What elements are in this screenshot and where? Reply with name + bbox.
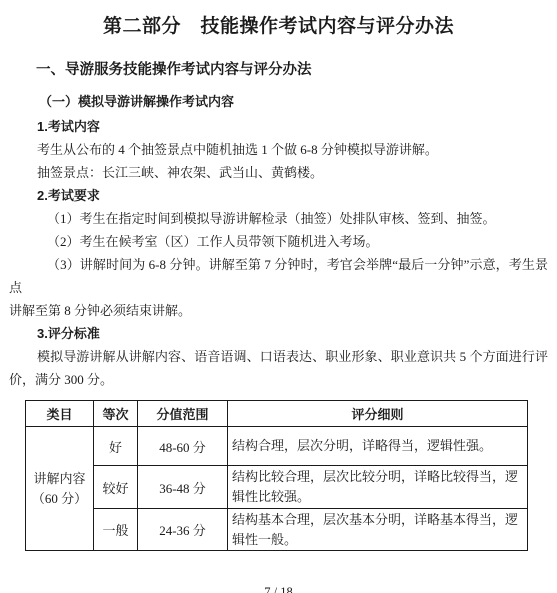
criteria-cell: 结构合理，层次分明，详略得当，逻辑性强。 bbox=[228, 427, 528, 466]
score-range-cell: 48-60 分 bbox=[138, 427, 228, 466]
table-row: 一般24-36 分结构基本合理，层次基本分明，详略基本得当，逻辑性一般。 bbox=[26, 509, 528, 551]
subsection-heading: （一）模拟导游讲解操作考试内容 bbox=[39, 92, 557, 112]
section-heading: 一、导游服务技能操作考试内容与评分办法 bbox=[36, 60, 557, 80]
body-text: 1.考试内容 考生从公布的 4 个抽签景点中随机抽选 1 个做 6-8 分钟模拟… bbox=[9, 115, 548, 391]
grade-cell: 好 bbox=[94, 427, 138, 466]
requirement-item-3-line2: 讲解至第 8 分钟必须结束讲解。 bbox=[9, 299, 548, 322]
score-range-cell: 36-48 分 bbox=[138, 466, 228, 509]
scoring-standard-heading: 3.评分标准 bbox=[9, 322, 548, 345]
table-row: 较好36-48 分结构比较合理，层次比较分明，详略比较得当，逻辑性比较强。 bbox=[26, 466, 528, 509]
exam-content-paragraph: 考生从公布的 4 个抽签景点中随机抽选 1 个做 6-8 分钟模拟导游讲解。 bbox=[9, 138, 548, 161]
scoring-table: 类目 等次 分值范围 评分细则 讲解内容（60 分）好48-60 分结构合理，层… bbox=[25, 400, 528, 551]
category-cell: 讲解内容（60 分） bbox=[26, 427, 94, 551]
table-row: 讲解内容（60 分）好48-60 分结构合理，层次分明，详略得当，逻辑性强。 bbox=[26, 427, 528, 466]
header-score-range: 分值范围 bbox=[138, 401, 228, 427]
requirement-item-2: （2）考生在候考室（区）工作人员带领下随机进入考场。 bbox=[9, 230, 548, 253]
criteria-cell: 结构基本合理，层次基本分明，详略基本得当，逻辑性一般。 bbox=[228, 509, 528, 551]
score-range-cell: 24-36 分 bbox=[138, 509, 228, 551]
exam-requirements-heading: 2.考试要求 bbox=[9, 184, 548, 207]
lottery-spots-paragraph: 抽签景点：长江三峡、神农架、武当山、黄鹤楼。 bbox=[9, 161, 548, 184]
table-header-row: 类目 等次 分值范围 评分细则 bbox=[26, 401, 528, 427]
header-grade: 等次 bbox=[94, 401, 138, 427]
requirement-item-3-line1: （3）讲解时间为 6-8 分钟。讲解至第 7 分钟时，考官会举牌“最后一分钟”示… bbox=[9, 253, 548, 299]
grade-cell: 较好 bbox=[94, 466, 138, 509]
scoring-standard-line2: 价，满分 300 分。 bbox=[9, 368, 548, 391]
page-number: 7 / 18 bbox=[0, 584, 557, 593]
scoring-standard-line1: 模拟导游讲解从讲解内容、语音语调、口语表达、职业形象、职业意识共 5 个方面进行… bbox=[9, 345, 548, 368]
document-page: 第二部分 技能操作考试内容与评分办法 一、导游服务技能操作考试内容与评分办法 （… bbox=[0, 0, 557, 593]
grade-cell: 一般 bbox=[94, 509, 138, 551]
page-title: 第二部分 技能操作考试内容与评分办法 bbox=[0, 14, 557, 40]
criteria-cell: 结构比较合理，层次比较分明，详略比较得当，逻辑性比较强。 bbox=[228, 466, 528, 509]
exam-content-heading: 1.考试内容 bbox=[9, 115, 548, 138]
score-table-body: 讲解内容（60 分）好48-60 分结构合理，层次分明，详略得当，逻辑性强。较好… bbox=[26, 427, 528, 551]
requirement-item-1: （1）考生在指定时间到模拟导游讲解检录（抽签）处排队审核、签到、抽签。 bbox=[9, 207, 548, 230]
header-category: 类目 bbox=[26, 401, 94, 427]
header-criteria: 评分细则 bbox=[228, 401, 528, 427]
